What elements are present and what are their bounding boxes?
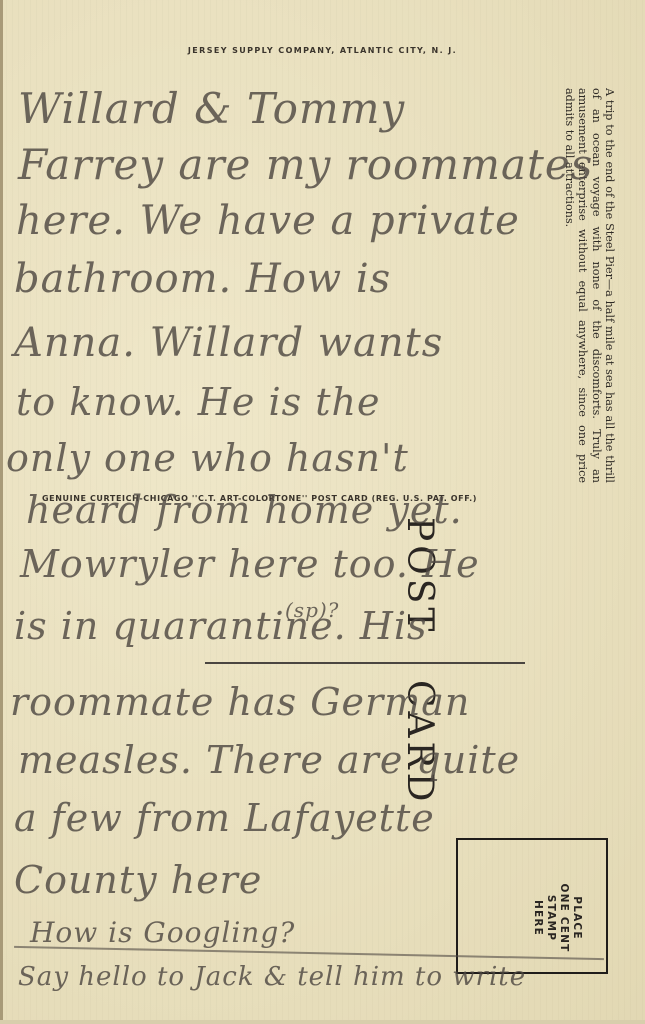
stamp-instructions: PLACE ONE CENT STAMP HERE: [531, 878, 583, 958]
address-divider-line: [205, 662, 525, 664]
handwritten-line: How is Googling?: [30, 916, 295, 949]
handwritten-line: here. We have a private: [16, 198, 520, 244]
stamp-line: ONE CENT: [557, 878, 570, 958]
handwritten-line: bathroom. How is: [14, 256, 391, 302]
handwritten-line: Anna. Willard wants: [14, 320, 443, 366]
handwritten-line: a few from Lafayette: [14, 796, 435, 840]
handwritten-line: Farrey are my roommates: [18, 140, 593, 189]
handwritten-line: is in quarantine. His: [14, 604, 428, 648]
postcard-back: JERSEY SUPPLY COMPANY, ATLANTIC CITY, N.…: [0, 0, 645, 1024]
stamp-box: PLACE ONE CENT STAMP HERE: [456, 838, 608, 974]
handwritten-line: County here: [14, 858, 262, 902]
handwritten-line: Say hello to Jack & tell him to write: [18, 962, 526, 992]
handwritten-line: to know. He is the: [16, 380, 380, 424]
handwritten-line: heard from home yet.: [26, 488, 463, 532]
handwritten-line: Willard & Tommy: [18, 84, 405, 133]
card-edge-bottom: [0, 1020, 645, 1024]
handwritten-annotation: (sp)?: [285, 598, 339, 622]
handwritten-line: measles. There are quite: [18, 738, 520, 782]
stamp-line: PLACE: [570, 878, 583, 958]
handwritten-line: only one who hasn't: [6, 436, 409, 480]
stamp-line: HERE: [531, 878, 544, 958]
publisher-line: JERSEY SUPPLY COMPANY, ATLANTIC CITY, N.…: [0, 46, 645, 55]
card-edge: [0, 0, 3, 1024]
stamp-line: STAMP: [544, 878, 557, 958]
handwritten-line: Mowryler here too. He: [20, 542, 480, 586]
handwritten-line: roommate has German: [10, 680, 470, 724]
